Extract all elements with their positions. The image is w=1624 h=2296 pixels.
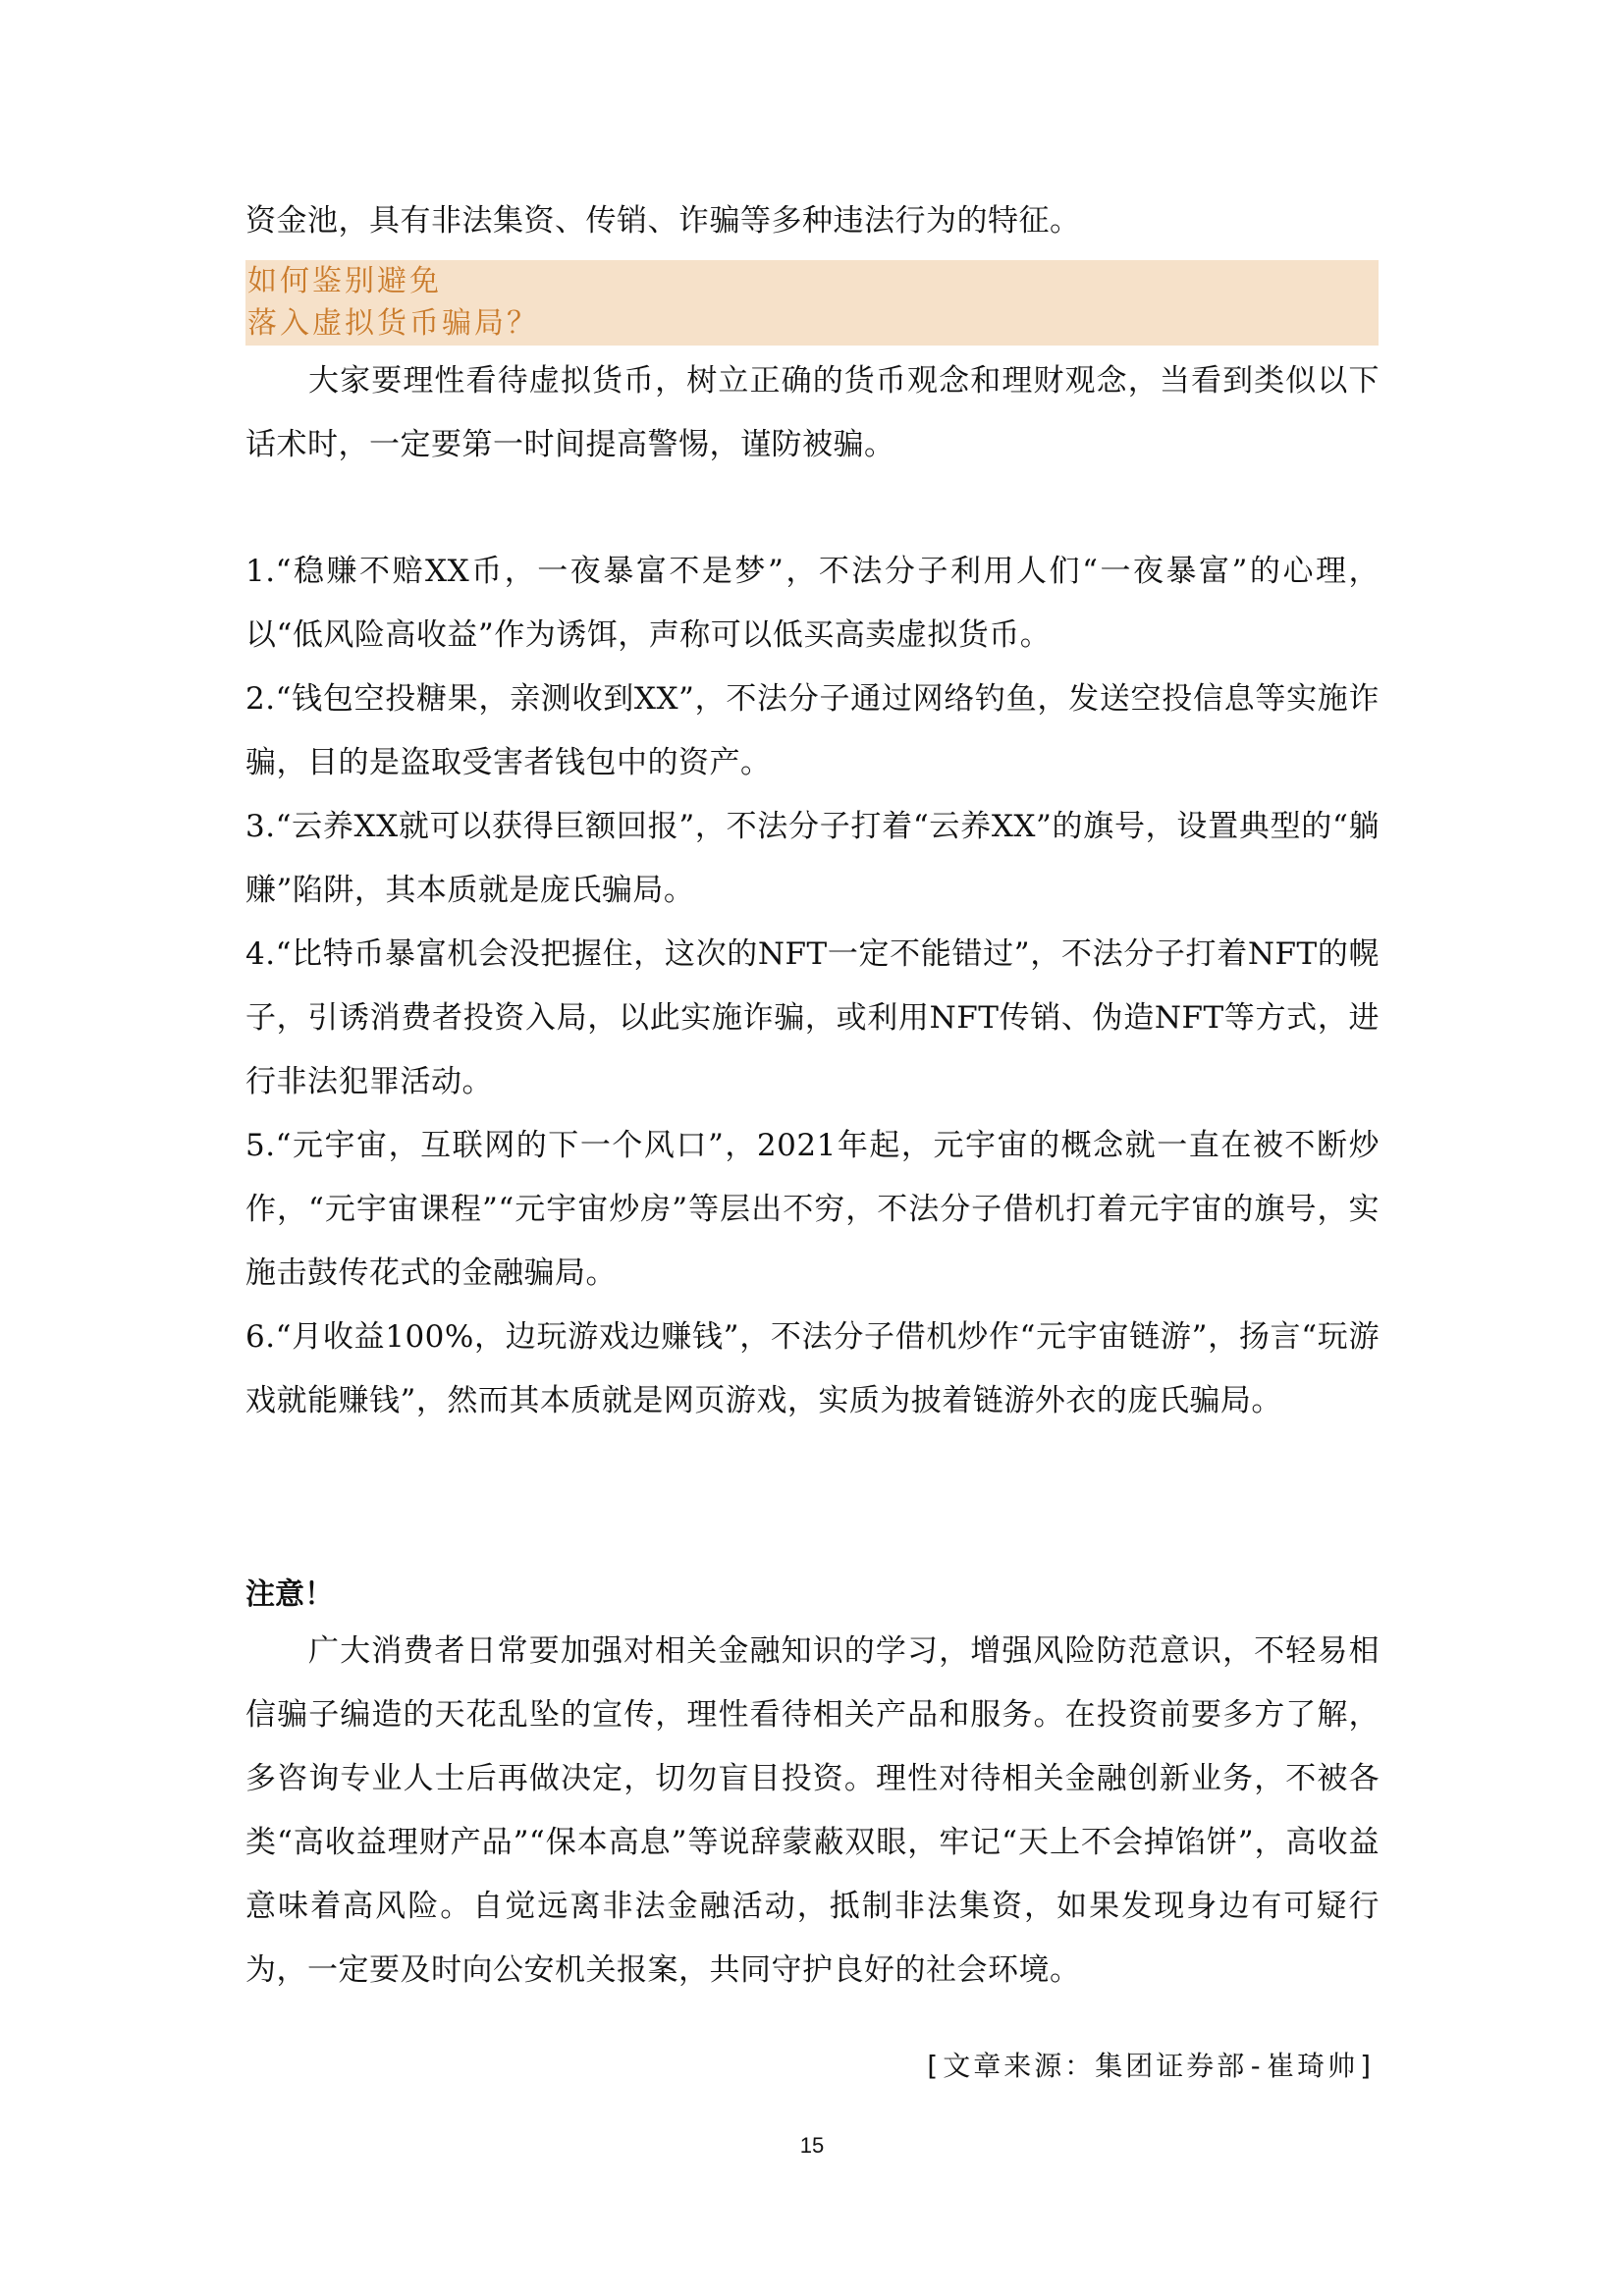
list-item: 6.“月收益100%，边玩游戏边赚钱”，不法分子借机炒作“元宇宙链游”，扬言“玩… xyxy=(245,1306,1380,1433)
list-item: 4.“比特币暴富机会没把握住，这次的NFT一定不能错过”，不法分子打着NFT的幌… xyxy=(245,923,1380,1114)
scam-list: 1.“稳赚不赔XX币，一夜暴富不是梦”，不法分子利用人们“一夜暴富”的心理，以“… xyxy=(245,540,1380,1433)
page-number: 15 xyxy=(0,2133,1624,2159)
section-heading-line-1: 如何鉴别避免 xyxy=(245,260,1379,302)
continued-text-line: 资金池，具有非法集资、传销、诈骗等多种违法行为的特征。 xyxy=(245,201,1380,240)
list-item: 3.“云养XX就可以获得巨额回报”，不法分子打着“云养XX”的旗号，设置典型的“… xyxy=(245,795,1380,923)
article-source: [文章来源：集团证券部-崔琦帅] xyxy=(923,2047,1378,2086)
note-paragraph: 广大消费者日常要加强对相关金融知识的学习，增强风险防范意识，不轻易相信骗子编造的… xyxy=(245,1620,1380,2002)
note-title: 注意！ xyxy=(245,1575,334,1615)
section-heading-line-2: 落入虚拟货币骗局？ xyxy=(245,302,1379,345)
intro-paragraph: 大家要理性看待虚拟货币，树立正确的货币观念和理财观念，当看到类似以下话术时，一定… xyxy=(245,349,1380,477)
section-heading-box: 如何鉴别避免 落入虚拟货币骗局？ xyxy=(245,260,1379,346)
list-item: 2.“钱包空投糖果，亲测收到XX”，不法分子通过网络钓鱼，发送空投信息等实施诈骗… xyxy=(245,667,1380,795)
list-item: 1.“稳赚不赔XX币，一夜暴富不是梦”，不法分子利用人们“一夜暴富”的心理，以“… xyxy=(245,540,1380,667)
list-item: 5.“元宇宙，互联网的下一个风口”，2021年起，元宇宙的概念就一直在被不断炒作… xyxy=(245,1114,1380,1306)
